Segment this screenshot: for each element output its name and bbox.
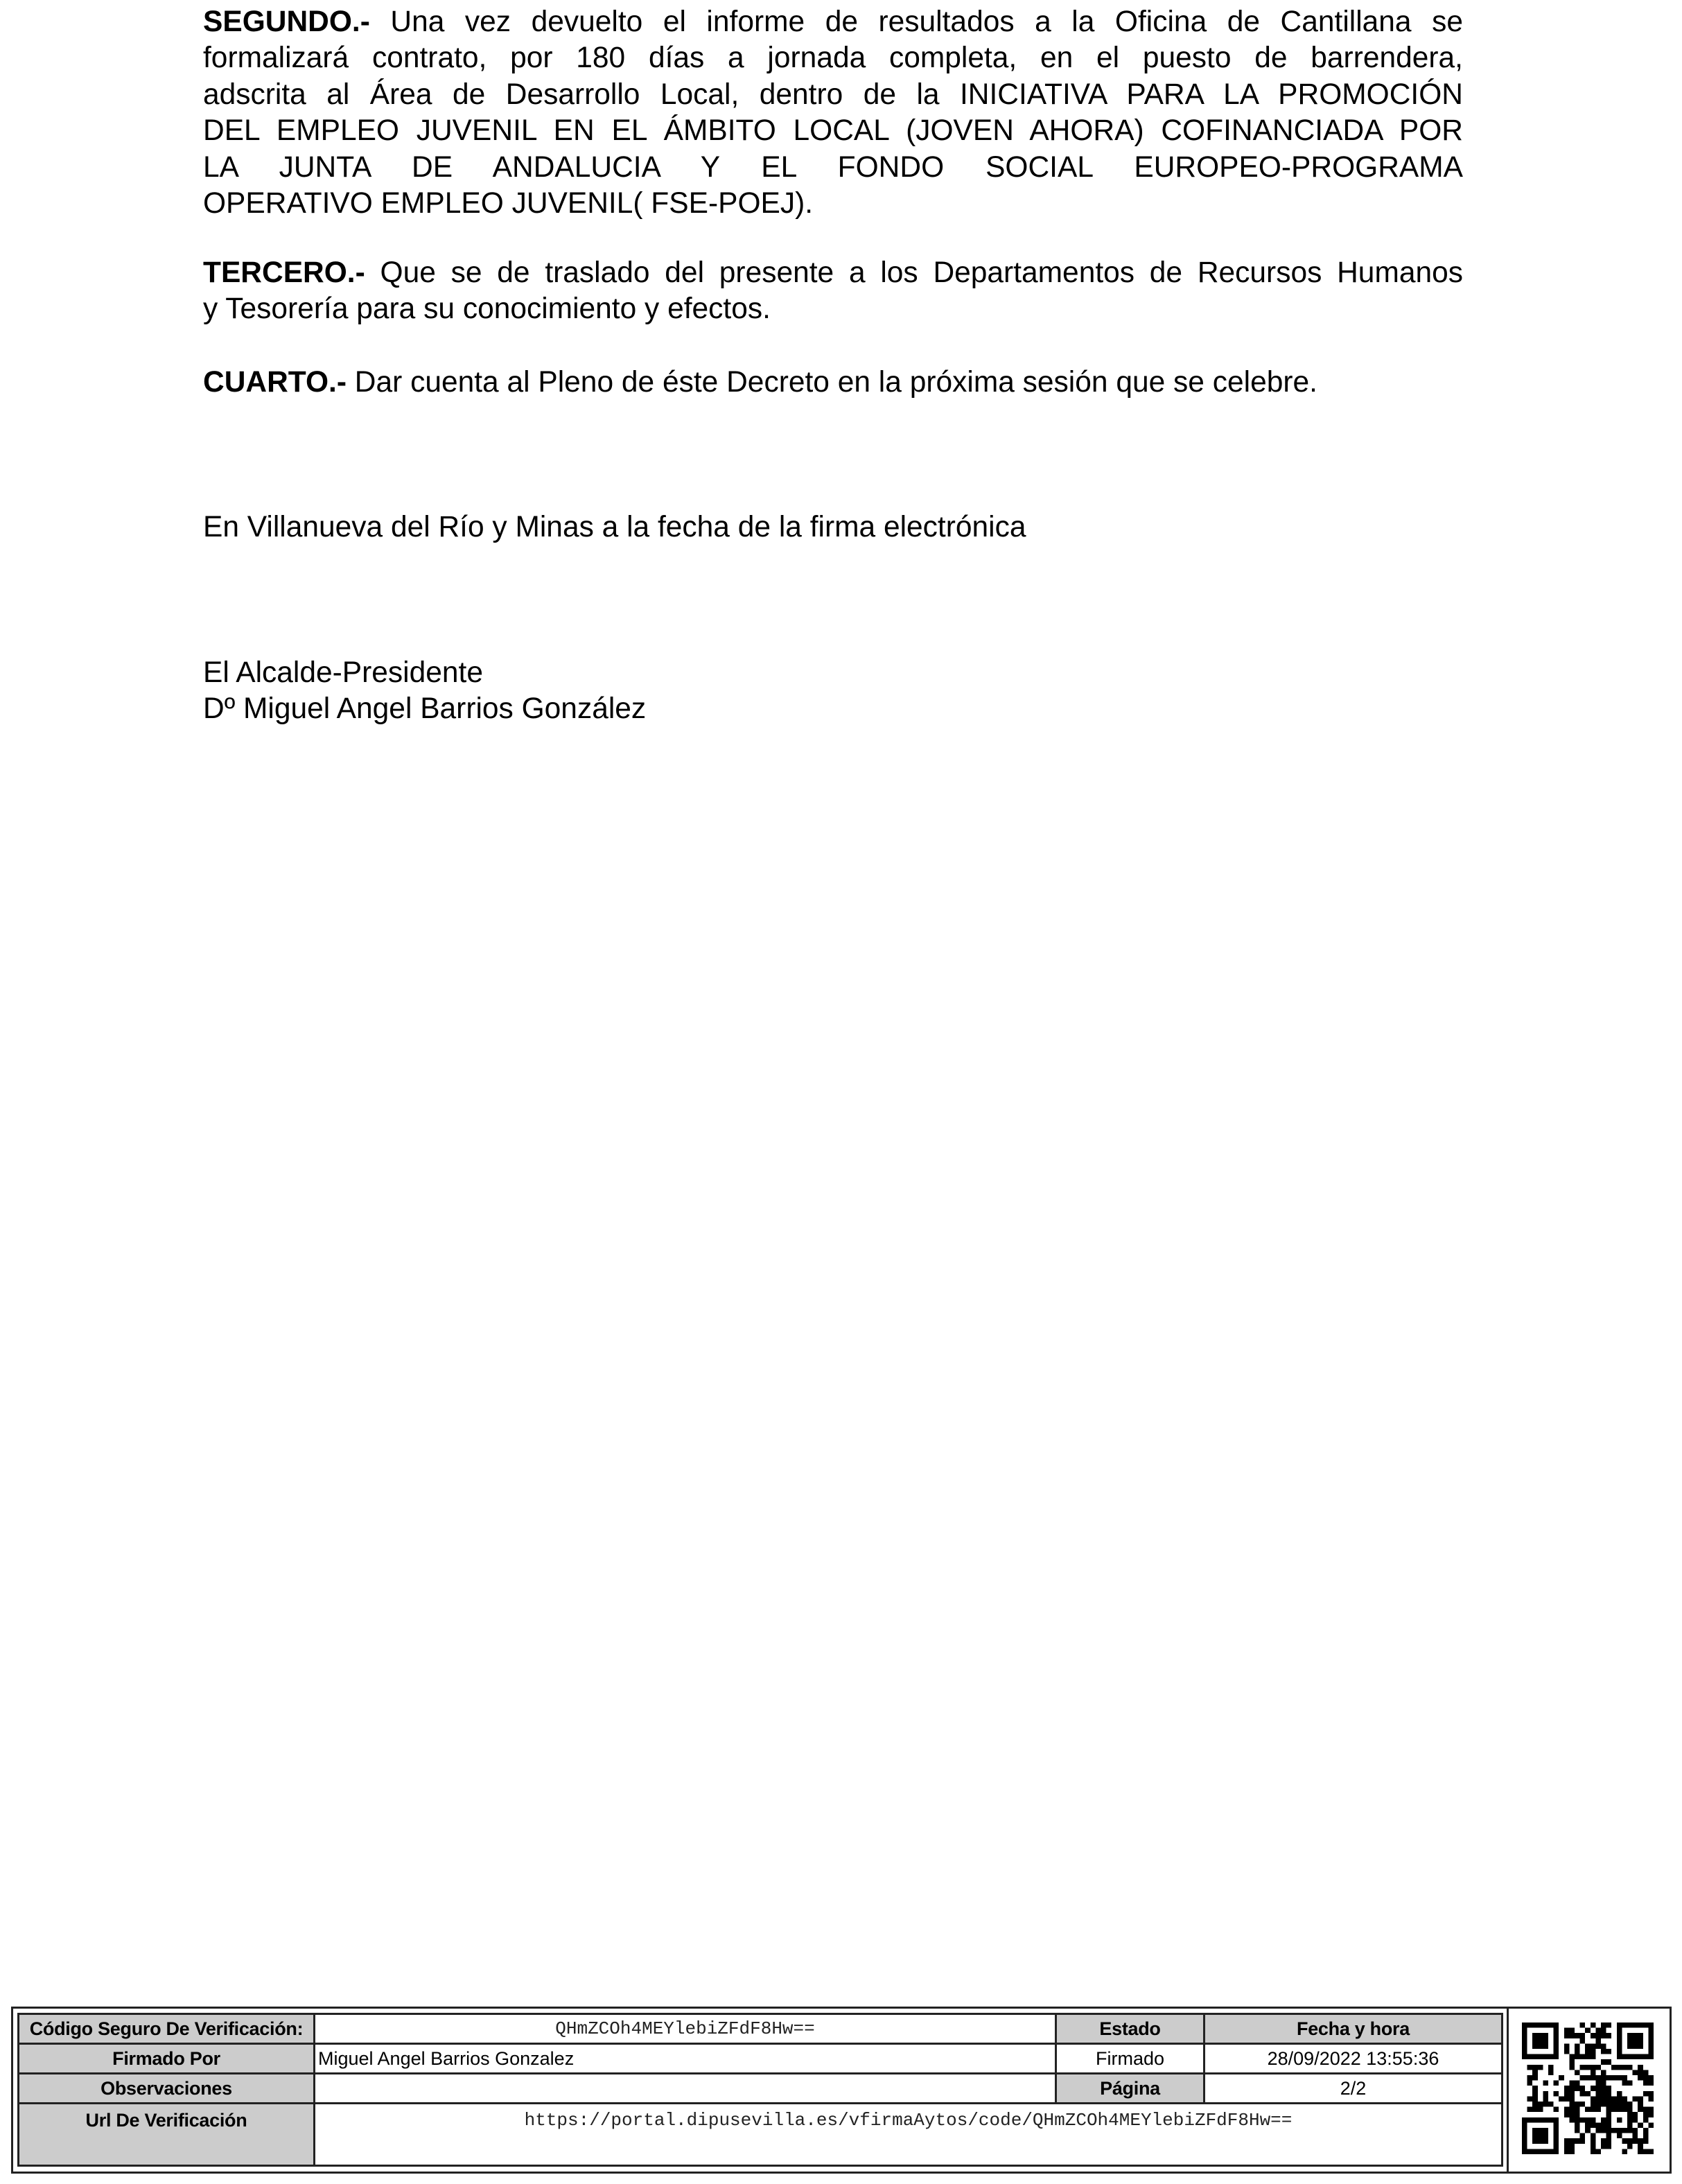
- place-date-text: En Villanueva del Río y Minas a la fecha…: [203, 509, 1463, 545]
- url-value[interactable]: https://portal.dipusevilla.es/vfirmaAyto…: [315, 2104, 1503, 2166]
- cuarto-label: CUARTO.-: [203, 366, 347, 399]
- verification-row-url: Url De Verificación https://portal.dipus…: [19, 2104, 1503, 2166]
- csv-value: QHmZCOh4MEYlebiZFdF8Hw==: [315, 2014, 1056, 2044]
- tercero-text-1: Que se de traslado del presente a los De…: [380, 256, 1463, 289]
- segundo-line-1: SEGUNDO.- Una vez devuelto el informe de…: [203, 4, 1463, 40]
- signature-block: El Alcalde-Presidente Dº Miguel Angel Ba…: [203, 655, 1463, 728]
- segundo-line-3: adscrita al Área de Desarrollo Local, de…: [203, 77, 1463, 113]
- tercero-line-1: TERCERO.- Que se de traslado del present…: [203, 255, 1463, 291]
- paragraph-tercero: TERCERO.- Que se de traslado del present…: [203, 255, 1463, 328]
- qr-divider: [1507, 2008, 1509, 2172]
- segundo-text-1: Una vez devuelto el informe de resultado…: [390, 6, 1463, 38]
- cuarto-text: Dar cuenta al Pleno de éste Decreto en l…: [355, 366, 1317, 399]
- segundo-line-6: OPERATIVO EMPLEO JUVENIL( FSE-POEJ).: [203, 186, 1463, 222]
- tercero-label: TERCERO.-: [203, 256, 365, 289]
- pagina-value: 2/2: [1204, 2074, 1503, 2104]
- place-date: En Villanueva del Río y Minas a la fecha…: [203, 509, 1463, 545]
- verification-row-firmado: Firmado Por Miguel Angel Barrios Gonzale…: [19, 2044, 1503, 2074]
- paragraph-cuarto: CUARTO.- Dar cuenta al Pleno de éste Dec…: [203, 365, 1463, 401]
- signatory-name: Dº Miguel Angel Barrios González: [203, 691, 1463, 727]
- estado-label: Estado: [1056, 2014, 1204, 2044]
- cuarto-line: CUARTO.- Dar cuenta al Pleno de éste Dec…: [203, 365, 1463, 401]
- verification-table: Código Seguro De Verificación: QHmZCOh4M…: [17, 2013, 1503, 2167]
- csv-label: Código Seguro De Verificación:: [19, 2014, 315, 2044]
- segundo-line-2: formalizará contrato, por 180 días a jor…: [203, 40, 1463, 76]
- verification-row-observaciones: Observaciones Página 2/2: [19, 2074, 1503, 2104]
- paragraph-segundo: SEGUNDO.- Una vez devuelto el informe de…: [203, 4, 1463, 222]
- pagina-label: Página: [1056, 2074, 1204, 2104]
- fecha-label: Fecha y hora: [1204, 2014, 1503, 2044]
- firmado-por-label: Firmado Por: [19, 2044, 315, 2074]
- firmado-por-value: Miguel Angel Barrios Gonzalez: [315, 2044, 1056, 2074]
- observaciones-label: Observaciones: [19, 2074, 315, 2104]
- url-label: Url De Verificación: [19, 2104, 315, 2166]
- segundo-label: SEGUNDO.-: [203, 6, 370, 38]
- observaciones-value: [315, 2074, 1056, 2104]
- signatory-title: El Alcalde-Presidente: [203, 655, 1463, 691]
- qr-code-icon: [1522, 2023, 1654, 2154]
- tercero-line-2: y Tesorería para su conocimiento y efect…: [203, 291, 1463, 327]
- segundo-line-4: DEL EMPLEO JUVENIL EN EL ÁMBITO LOCAL (J…: [203, 113, 1463, 149]
- estado-value: Firmado: [1056, 2044, 1204, 2074]
- fecha-value: 28/09/2022 13:55:36: [1204, 2044, 1503, 2074]
- segundo-line-5: LA JUNTA DE ANDALUCIA Y EL FONDO SOCIAL …: [203, 150, 1463, 186]
- verification-row-csv: Código Seguro De Verificación: QHmZCOh4M…: [19, 2014, 1503, 2044]
